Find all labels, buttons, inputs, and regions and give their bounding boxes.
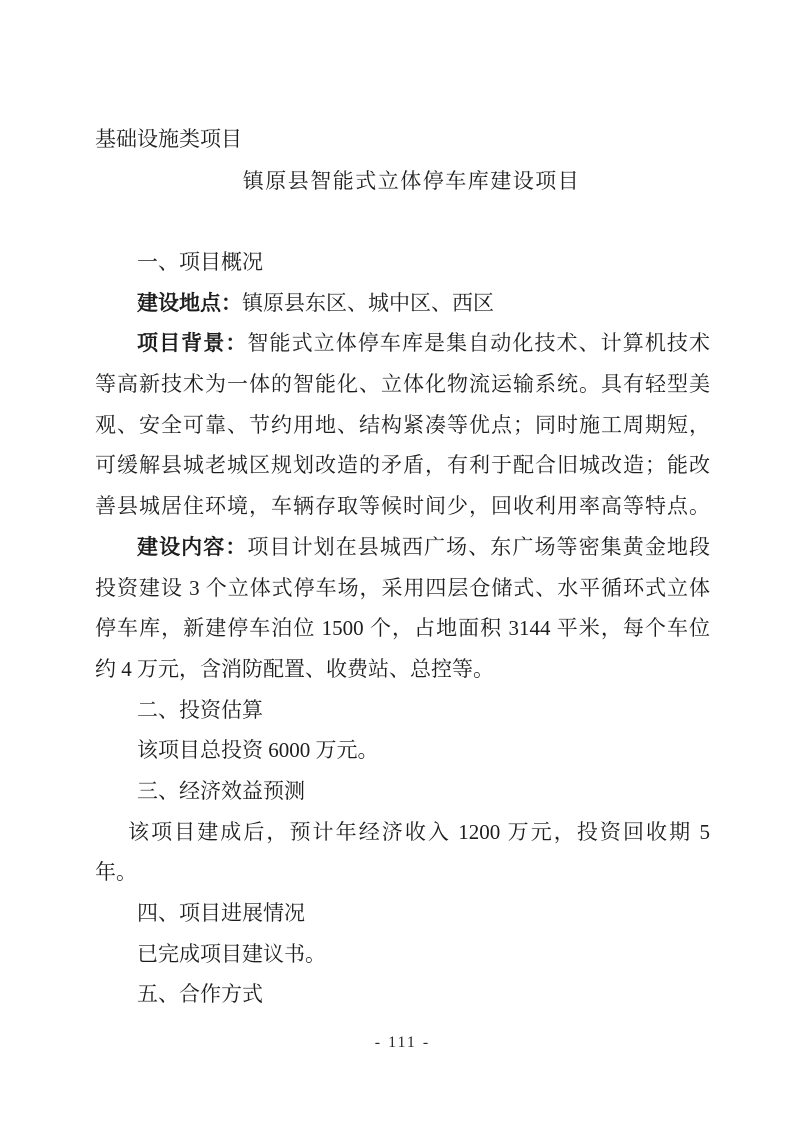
background-text-1: 智能式立体停车库是集自动化技术、计算机技术	[247, 331, 710, 355]
content-label: 建设内容：	[137, 535, 247, 559]
background-line-3: 观、安全可靠、节约用地、结构紧凑等优点；同时施工周期短，	[95, 405, 710, 446]
section-heading-5: 五、合作方式	[95, 974, 710, 1015]
location-line: 建设地点：镇原县东区、城中区、西区	[95, 283, 710, 324]
content-line-4: 约 4 万元，含消防配置、收费站、总控等。	[95, 649, 710, 690]
content-text-1: 项目计划在县城西广场、东广场等密集黄金地段	[247, 535, 710, 559]
benefit-line-2: 年。	[95, 852, 710, 893]
section-heading-3: 三、经济效益预测	[95, 771, 710, 812]
section-heading-2: 二、投资估算	[95, 690, 710, 731]
location-value: 镇原县东区、城中区、西区	[242, 291, 494, 315]
section-heading-1: 一、项目概况	[95, 242, 710, 283]
background-line-1: 项目背景：智能式立体停车库是集自动化技术、计算机技术	[95, 323, 710, 364]
content-line-3: 停车库，新建停车泊位 1500 个，占地面积 3144 平米，每个车位	[95, 608, 710, 649]
section-heading-4: 四、项目进展情况	[95, 893, 710, 934]
location-label: 建设地点：	[137, 291, 242, 315]
document-title: 镇原县智能式立体停车库建设项目	[95, 160, 710, 202]
content-line-1: 建设内容：项目计划在县城西广场、东广场等密集黄金地段	[95, 527, 710, 568]
background-line-2: 等高新技术为一体的智能化、立体化物流运输系统。具有轻型美	[95, 364, 710, 405]
background-line-4: 可缓解县城老城区规划改造的矛盾，有利于配合旧城改造；能改	[95, 445, 710, 486]
background-label: 项目背景：	[137, 331, 247, 355]
progress-line: 已完成项目建议书。	[95, 934, 710, 975]
category-heading: 基础设施类项目	[95, 118, 710, 160]
benefit-line-1: 该项目建成后，预计年经济收入 1200 万元，投资回收期 5	[95, 812, 710, 853]
background-line-5: 善县城居住环境，车辆存取等候时间少，回收利用率高等特点。	[95, 486, 710, 527]
document-page: 基础设施类项目 镇原县智能式立体停车库建设项目 一、项目概况 建设地点：镇原县东…	[0, 0, 800, 1131]
page-number: - 111 -	[95, 1029, 710, 1057]
investment-line: 该项目总投资 6000 万元。	[95, 730, 710, 771]
content-line-2: 投资建设 3 个立体式停车场，采用四层仓储式、水平循环式立体	[95, 568, 710, 609]
title-body-gap	[95, 202, 710, 242]
